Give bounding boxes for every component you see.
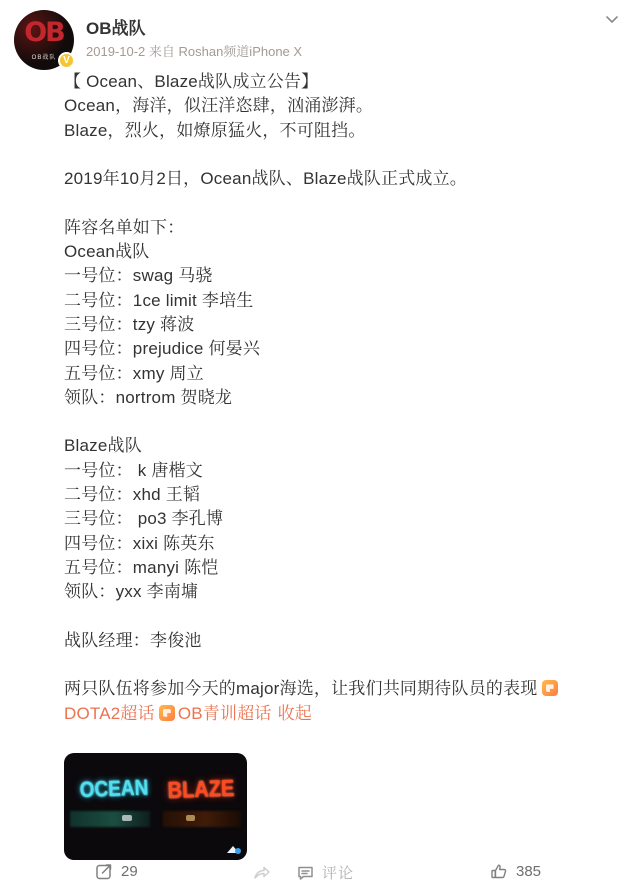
post-line: Blaze战队 bbox=[64, 434, 609, 458]
post-line: 【 Ocean、Blaze战队成立公告】 bbox=[64, 70, 609, 94]
comment-label: 评论 bbox=[322, 862, 354, 883]
avatar-ob-logo: OB bbox=[14, 17, 74, 48]
post-line: 领队：nortrom 贺晓龙 bbox=[64, 386, 609, 410]
post-line bbox=[64, 605, 609, 629]
thumb-decoration bbox=[122, 815, 132, 821]
post-line: 五号位：xmy 周立 bbox=[64, 362, 609, 386]
thumb-decoration bbox=[186, 815, 195, 821]
thumbs-up-icon bbox=[490, 862, 509, 881]
tail-text: 两只队伍将参加今天的major海选，让我们共同期待队员的表现 bbox=[64, 679, 538, 698]
collapse-post-link[interactable]: 收起 bbox=[278, 704, 312, 723]
post-body: 【 Ocean、Blaze战队成立公告】Ocean，海洋，似汪洋恣肆，汹涌澎湃。… bbox=[64, 70, 609, 750]
thumb-decoration bbox=[163, 811, 241, 827]
post-line: Ocean战队 bbox=[64, 240, 609, 264]
post-text-lines: 【 Ocean、Blaze战队成立公告】Ocean，海洋，似汪洋恣肆，汹涌澎湃。… bbox=[64, 70, 609, 677]
post-line: 2019年10月2日，Ocean战队、Blaze战队正式成立。 bbox=[64, 167, 609, 191]
post-line: 三号位：tzy 蒋波 bbox=[64, 313, 609, 337]
post-line: Ocean，海洋，似汪洋恣肆，汹涌澎湃。 bbox=[64, 94, 609, 118]
verified-badge-icon: V bbox=[58, 52, 75, 69]
supertopic-link-ob[interactable]: OB青训超话 bbox=[155, 704, 272, 723]
post-line: Blaze，烈火，如燎原猛火，不可阻挡。 bbox=[64, 119, 609, 143]
post-line: 领队：yxx 李南墉 bbox=[64, 580, 609, 604]
action-bar: 29 评论 385 bbox=[0, 858, 637, 892]
thumb-blaze-title: BLAZE bbox=[161, 776, 242, 805]
username[interactable]: OB战队 bbox=[86, 14, 146, 39]
repost-count: 29 bbox=[121, 863, 138, 880]
comment-icon bbox=[296, 863, 315, 882]
post-line: 三号位： po3 李孔博 bbox=[64, 507, 609, 531]
chevron-down-icon[interactable] bbox=[601, 8, 623, 30]
thumb-ocean-title: OCEAN bbox=[72, 776, 157, 804]
supertopic-icon bbox=[159, 705, 175, 721]
supertopic-label: DOTA2超话 bbox=[64, 704, 155, 723]
post-line: 战队经理：李俊池 bbox=[64, 629, 609, 653]
weibo-post-card: OB OB战队 V OB战队 2019-10-2 来自 Roshan频道iPho… bbox=[0, 0, 637, 892]
post-image-thumbnail[interactable]: OCEAN BLAZE bbox=[64, 753, 247, 860]
repost-button[interactable]: 29 bbox=[95, 862, 138, 881]
supertopic-icon bbox=[542, 680, 558, 696]
post-line: 一号位：swag 马骁 bbox=[64, 264, 609, 288]
post-tail-paragraph: 两只队伍将参加今天的major海选，让我们共同期待队员的表现DOTA2超话OB青… bbox=[64, 677, 609, 750]
share-icon bbox=[252, 863, 271, 882]
post-line bbox=[64, 410, 609, 434]
comment-button[interactable]: 评论 bbox=[252, 862, 354, 883]
repost-icon bbox=[95, 862, 114, 881]
like-count: 385 bbox=[516, 863, 541, 880]
like-button[interactable]: 385 bbox=[490, 862, 541, 881]
post-line: 四号位：xixi 陈英东 bbox=[64, 532, 609, 556]
post-line: 二号位：1ce limit 李培生 bbox=[64, 289, 609, 313]
supertopic-label: OB青训超话 bbox=[178, 704, 272, 723]
post-line bbox=[64, 653, 609, 677]
image-indicator-icon bbox=[223, 842, 243, 856]
post-meta-timestamp: 2019-10-2 来自 Roshan频道iPhone X bbox=[86, 41, 302, 60]
post-line bbox=[64, 191, 609, 215]
post-line: 四号位：prejudice 何晏兴 bbox=[64, 337, 609, 361]
thumb-decoration bbox=[70, 811, 150, 827]
post-line bbox=[64, 143, 609, 167]
post-line: 阵容名单如下： bbox=[64, 216, 609, 240]
post-line: 五号位：manyi 陈恺 bbox=[64, 556, 609, 580]
post-line: 一号位： k 唐楷文 bbox=[64, 459, 609, 483]
post-line: 二号位：xhd 王韬 bbox=[64, 483, 609, 507]
